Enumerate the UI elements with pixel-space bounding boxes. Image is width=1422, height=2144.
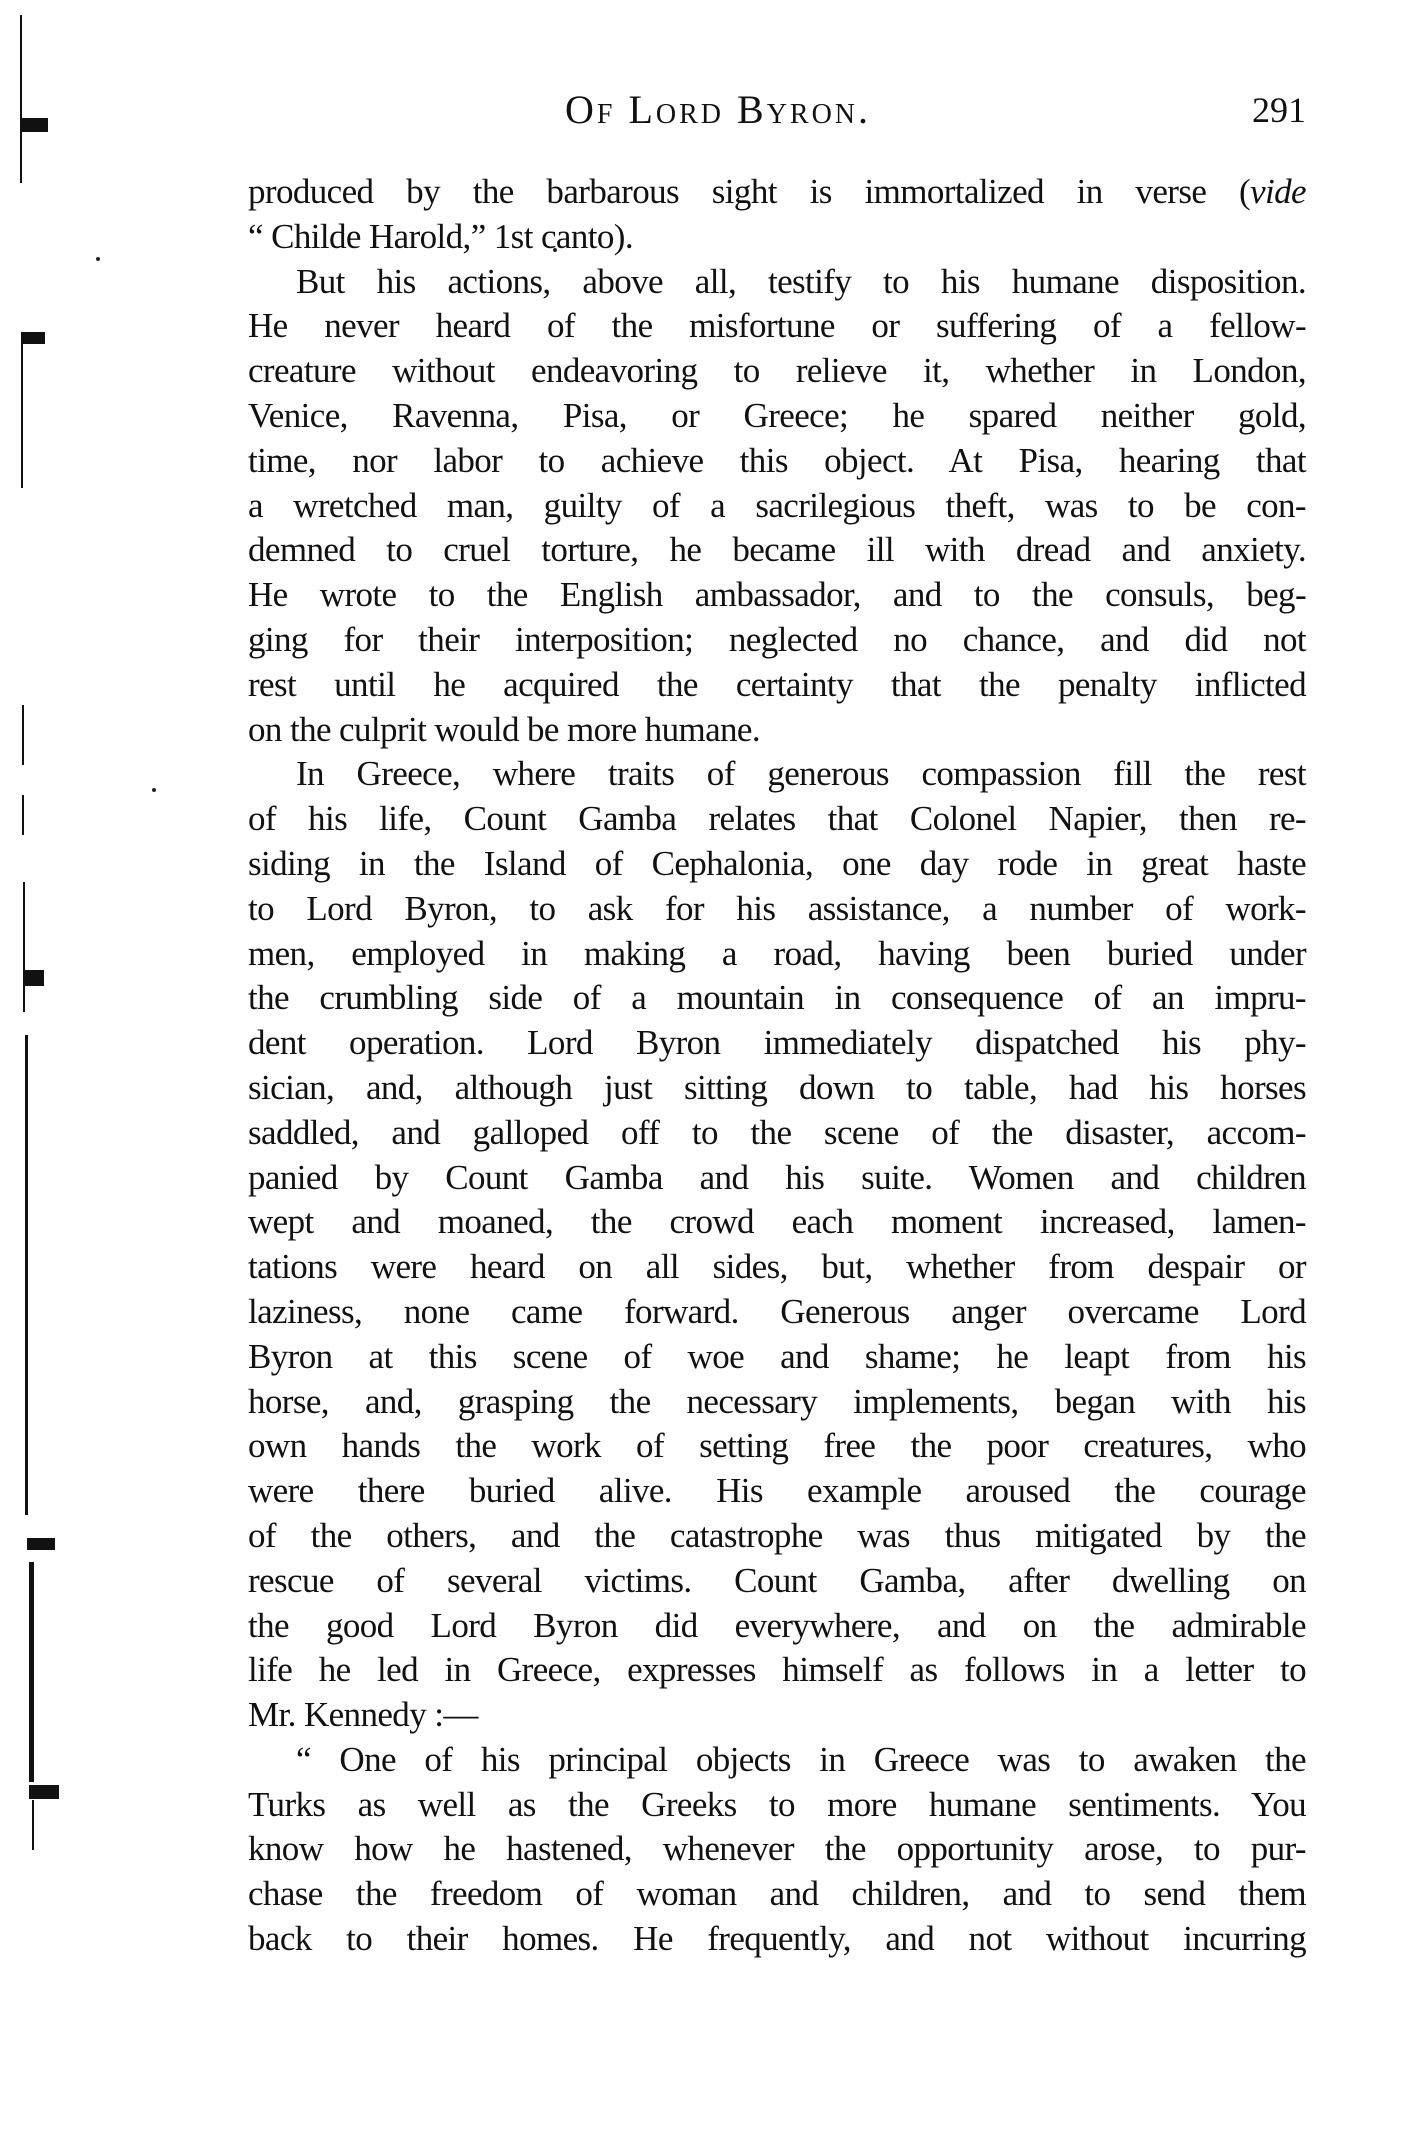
gutter-line <box>32 1800 34 1850</box>
line-text: Byron at this scene of woe and shame; he… <box>248 1337 1306 1376</box>
text-line: Byron at this scene of woe and shame; he… <box>248 1335 1306 1380</box>
text-line: back to their homes. He frequently, and … <box>248 1917 1306 1962</box>
line-text: Turks as well as the Greeks to more huma… <box>248 1785 1306 1824</box>
body-text: produced by the barbarous sight is immor… <box>248 170 1306 1962</box>
line-text: rescue of several victims. Count Gamba, … <box>248 1561 1306 1600</box>
gutter-line <box>22 795 24 835</box>
text-line: own hands the work of setting free the p… <box>248 1424 1306 1469</box>
text-line: He never heard of the misfortune or suff… <box>248 304 1306 349</box>
text-line: demned to cruel torture, he became ill w… <box>248 528 1306 573</box>
line-text: the crumbling side of a mountain in cons… <box>248 978 1306 1017</box>
line-text: back to their homes. He frequently, and … <box>248 1919 1306 1958</box>
line-text: produced by the barbarous sight is immor… <box>248 172 1250 211</box>
text-line: life he led in Greece, expresses himself… <box>248 1648 1306 1693</box>
paragraph-first-line: In Greece, where traits of generous comp… <box>248 752 1306 797</box>
line-text: on the culprit would be more humane. <box>248 710 760 749</box>
text-line: Turks as well as the Greeks to more huma… <box>248 1783 1306 1828</box>
line-text: Mr. Kennedy :— <box>248 1695 478 1734</box>
line-text: “ Childe Harold,” 1st canto). <box>248 217 633 256</box>
line-text: In Greece, where traits of generous comp… <box>296 754 1306 793</box>
text-line: panied by Count Gamba and his suite. Wom… <box>248 1156 1306 1201</box>
line-text: tations were heard on all sides, but, wh… <box>248 1247 1306 1286</box>
line-text: dent operation. Lord Byron immediately d… <box>248 1023 1306 1062</box>
line-text: saddled, and galloped off to the scene o… <box>248 1113 1306 1152</box>
speck <box>96 257 100 261</box>
text-line: ging for their interposition; neglected … <box>248 618 1306 663</box>
line-text: the good Lord Byron did everywhere, and … <box>248 1606 1306 1645</box>
gutter-tab <box>24 970 44 986</box>
running-head: Of Lord Byron. 291 <box>248 88 1306 132</box>
line-text: wept and moaned, the crowd each moment i… <box>248 1202 1306 1241</box>
text-line: horse, and, grasping the necessary imple… <box>248 1380 1306 1425</box>
line-text: “ One of his principal objects in Greece… <box>296 1740 1306 1779</box>
line-text: life he led in Greece, expresses himself… <box>248 1650 1306 1689</box>
line-text: He wrote to the English ambassador, and … <box>248 575 1306 614</box>
text-line: know how he hastened, whenever the oppor… <box>248 1827 1306 1872</box>
line-text: demned to cruel torture, he became ill w… <box>248 530 1306 569</box>
text-line: men, employed in making a road, having b… <box>248 932 1306 977</box>
line-text: He never heard of the misfortune or suff… <box>248 306 1306 345</box>
line-text: know how he hastened, whenever the oppor… <box>248 1829 1306 1868</box>
line-text: But his actions, above all, testify to h… <box>296 262 1306 301</box>
text-line: of the others, and the catastrophe was t… <box>248 1514 1306 1559</box>
line-text: time, nor labor to achieve this object. … <box>248 441 1306 480</box>
line-text: were there buried alive. His example aro… <box>248 1471 1306 1510</box>
gutter-line <box>22 705 24 765</box>
line-text: siding in the Island of Cephalonia, one … <box>248 844 1306 883</box>
text-line: a wretched man, guilty of a sacrilegious… <box>248 484 1306 529</box>
text-line: time, nor labor to achieve this object. … <box>248 439 1306 484</box>
line-text: rest until he acquired the certainty tha… <box>248 665 1306 704</box>
text-line: were there buried alive. His example aro… <box>248 1469 1306 1514</box>
line-text: own hands the work of setting free the p… <box>248 1426 1306 1465</box>
text-line: of his life, Count Gamba relates that Co… <box>248 797 1306 842</box>
book-page: Of Lord Byron. 291 produced by the barba… <box>0 0 1422 2144</box>
line-text: laziness, none came forward. Generous an… <box>248 1292 1306 1331</box>
text-line: produced by the barbarous sight is immor… <box>248 170 1306 215</box>
text-line: sician, and, although just sitting down … <box>248 1066 1306 1111</box>
text-line: He wrote to the English ambassador, and … <box>248 573 1306 618</box>
text-line: rescue of several victims. Count Gamba, … <box>248 1559 1306 1604</box>
gutter-line <box>29 1562 34 1782</box>
gutter-tab <box>29 1785 59 1799</box>
line-text: of his life, Count Gamba relates that Co… <box>248 799 1306 838</box>
line-text: panied by Count Gamba and his suite. Wom… <box>248 1158 1306 1197</box>
text-line: tations were heard on all sides, but, wh… <box>248 1245 1306 1290</box>
text-line: “ Childe Harold,” 1st canto). <box>248 215 1306 260</box>
line-text: men, employed in making a road, having b… <box>248 934 1306 973</box>
gutter-tab <box>20 118 48 132</box>
paragraph-first-line: But his actions, above all, testify to h… <box>248 260 1306 305</box>
text-line: dent operation. Lord Byron immediately d… <box>248 1021 1306 1066</box>
gutter-line <box>23 882 25 1012</box>
line-text: of the others, and the catastrophe was t… <box>248 1516 1306 1555</box>
line-text: to Lord Byron, to ask for his assistance… <box>248 889 1306 928</box>
text-line: siding in the Island of Cephalonia, one … <box>248 842 1306 887</box>
line-text: horse, and, grasping the necessary imple… <box>248 1382 1306 1421</box>
paragraph-first-line: “ One of his principal objects in Greece… <box>248 1738 1306 1783</box>
line-text: sician, and, although just sitting down … <box>248 1068 1306 1107</box>
page-number: 291 <box>1252 88 1306 132</box>
gutter-line <box>21 338 23 488</box>
gutter-line <box>20 15 22 183</box>
text-line: the good Lord Byron did everywhere, and … <box>248 1604 1306 1649</box>
gutter-tab <box>27 1538 55 1550</box>
running-title: Of Lord Byron. <box>565 88 871 132</box>
text-line: the crumbling side of a mountain in cons… <box>248 976 1306 1021</box>
text-line: Venice, Ravenna, Pisa, or Greece; he spa… <box>248 394 1306 439</box>
line-text: Venice, Ravenna, Pisa, or Greece; he spa… <box>248 396 1306 435</box>
gutter-line <box>25 1035 28 1515</box>
line-text: chase the freedom of woman and children,… <box>248 1874 1306 1913</box>
line-text: ging for their interposition; neglected … <box>248 620 1306 659</box>
speck <box>152 788 156 792</box>
text-line: laziness, none came forward. Generous an… <box>248 1290 1306 1335</box>
line-text: creature without endeavoring to relieve … <box>248 351 1306 390</box>
text-line: Mr. Kennedy :— <box>248 1693 1306 1738</box>
italic-text: vide <box>1250 172 1306 211</box>
text-line: creature without endeavoring to relieve … <box>248 349 1306 394</box>
text-line: saddled, and galloped off to the scene o… <box>248 1111 1306 1156</box>
text-line: to Lord Byron, to ask for his assistance… <box>248 887 1306 932</box>
gutter-tab <box>21 332 45 344</box>
text-line: on the culprit would be more humane. <box>248 708 1306 753</box>
text-line: rest until he acquired the certainty tha… <box>248 663 1306 708</box>
line-text: a wretched man, guilty of a sacrilegious… <box>248 486 1306 525</box>
text-line: chase the freedom of woman and children,… <box>248 1872 1306 1917</box>
text-line: wept and moaned, the crowd each moment i… <box>248 1200 1306 1245</box>
